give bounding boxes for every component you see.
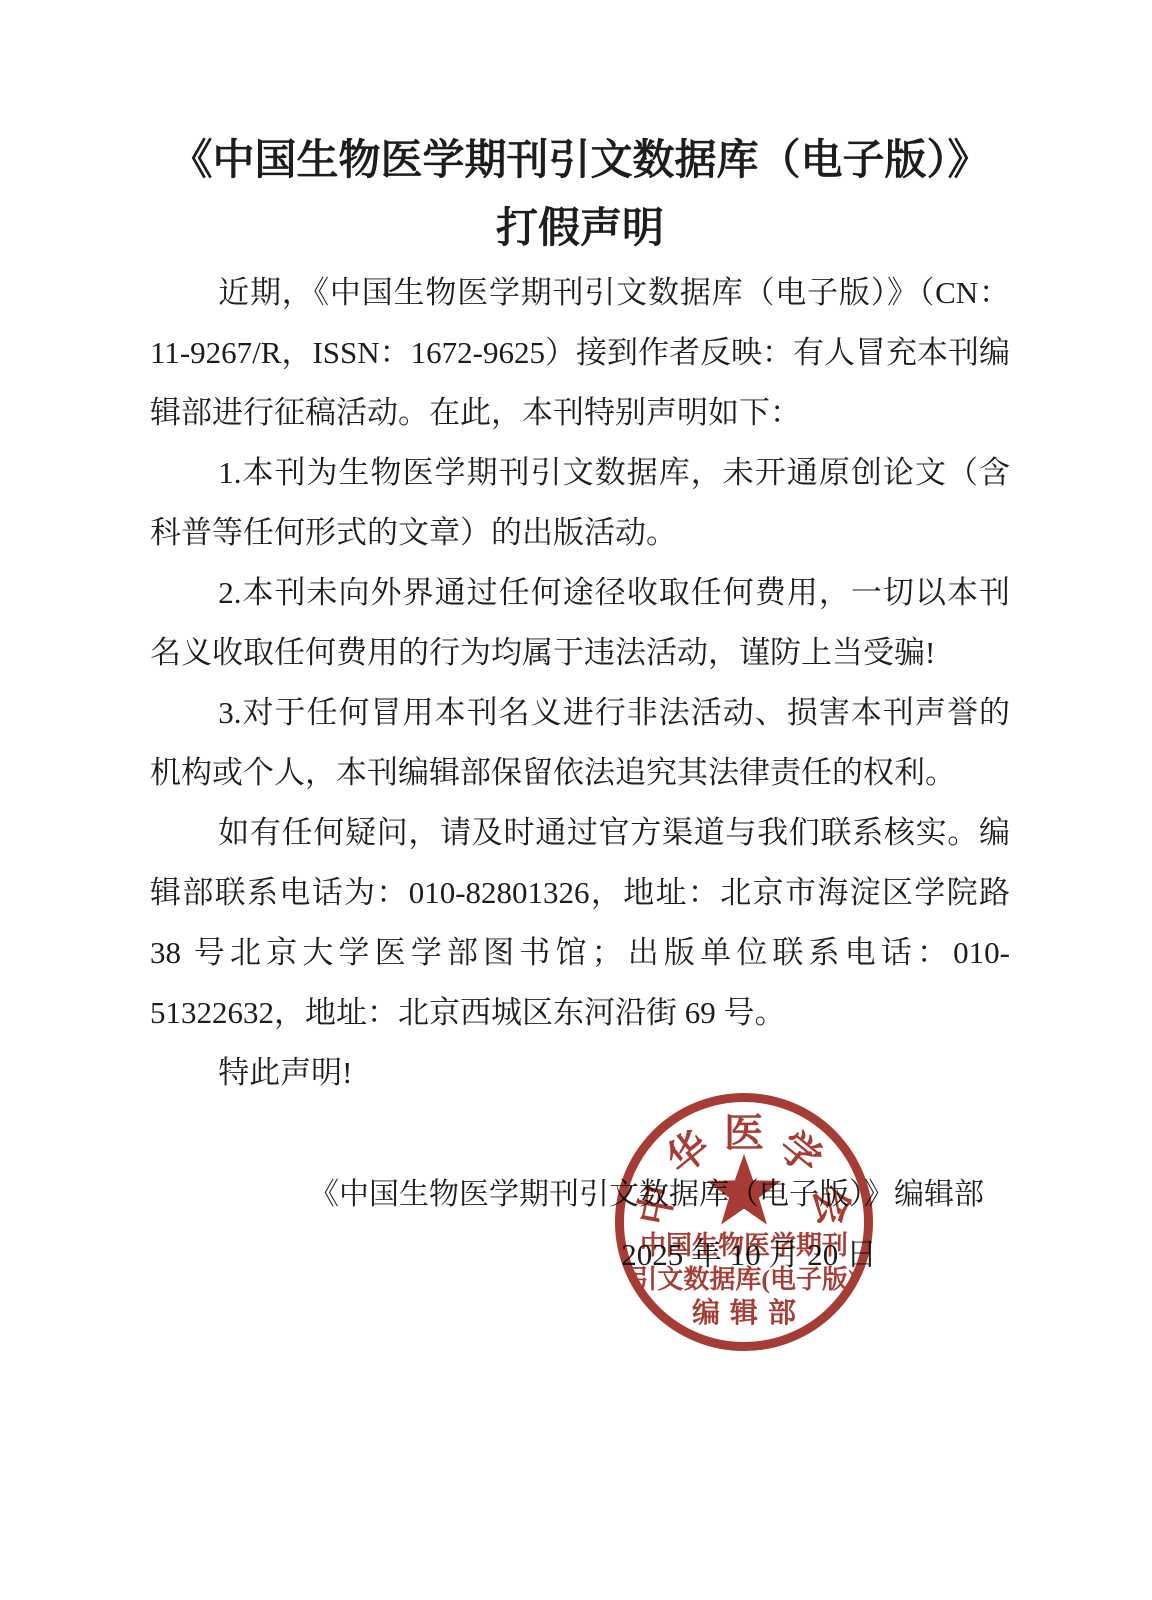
document-body: 《中国生物医学期刊引文数据库（电子版）》 打假声明 近期，《中国生物医学期刊引文… [150, 127, 1010, 1285]
paragraph-intro: 近期，《中国生物医学期刊引文数据库（电子版）》（CN：11-9267/R，ISS… [150, 263, 1010, 443]
date-line: 2025 年 10 月 20 日 [150, 1225, 1010, 1285]
document-page: 《中国生物医学期刊引文数据库（电子版）》 打假声明 近期，《中国生物医学期刊引文… [0, 0, 1152, 1600]
title-line-2: 打假声明 [150, 195, 1010, 263]
page-title: 《中国生物医学期刊引文数据库（电子版）》 打假声明 [150, 127, 1010, 263]
paragraph-item-2: 2.本刊未向外界通过任何途径收取任何费用，一切以本刊名义收取任何费用的行为均属于… [150, 563, 1010, 683]
seal-text-line: 编辑部 [615, 1300, 873, 1328]
signature-line: 《中国生物医学期刊引文数据库（电子版）》编辑部 [150, 1165, 1010, 1225]
paragraph-item-3: 3.对于任何冒用本刊名义进行非法活动、损害本刊声誉的机构或个人，本刊编辑部保留依… [150, 683, 1010, 803]
paragraph-item-1: 1.本刊为生物医学期刊引文数据库，未开通原创论文（含科普等任何形式的文章）的出版… [150, 443, 1010, 563]
paragraph-closing: 特此声明! [150, 1043, 1010, 1103]
paragraph-contact-info: 如有任何疑问，请及时通过官方渠道与我们联系核实。编辑部联系电话为：010-828… [150, 803, 1010, 1043]
title-line-1: 《中国生物医学期刊引文数据库（电子版）》 [150, 127, 1010, 195]
